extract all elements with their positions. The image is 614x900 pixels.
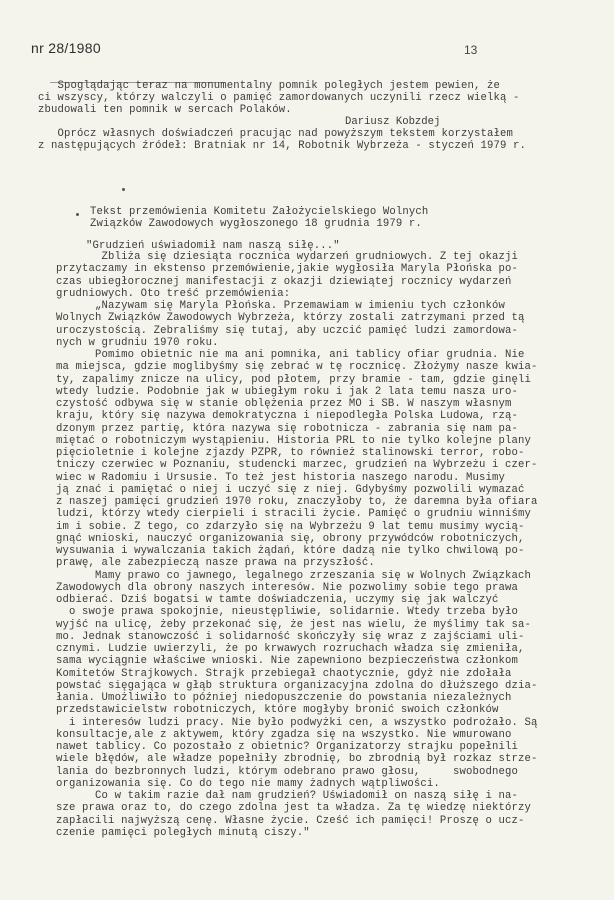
body-line: ją znać i pamiętać o niej i uczyć się z … bbox=[56, 484, 525, 496]
body-line: Pomimo obietnic nie ma ani pomnika, ani … bbox=[56, 349, 525, 361]
body-line: kraju, który się nazywa demokratyczna i … bbox=[56, 410, 518, 422]
body-line: Komitetów Strajkowych. Strajk przebiegał… bbox=[56, 668, 512, 680]
body-line: i interesów ludzi pracy. Nie było podwyż… bbox=[56, 717, 538, 729]
body-line: przytaczamy in ekstenso przemówienie,jak… bbox=[56, 263, 518, 275]
body-line: przedstawicielstw robotniczych, które mo… bbox=[56, 704, 499, 716]
body-line: miętać o robotniczym wystąpieniu. Histor… bbox=[56, 435, 531, 447]
body-line: wysuwania i wywalczania takich żądań, kt… bbox=[56, 545, 525, 557]
body-line: prawę, ale zabezpieczą nasze prawa na pr… bbox=[56, 557, 375, 569]
body-line: nawet tablicy. Co pozostało z obietnic? … bbox=[56, 741, 518, 753]
body-line: nych w grudniu 1970 roku. bbox=[56, 337, 219, 349]
body-line: Zawodowych dla obrony naszych interesów.… bbox=[56, 582, 518, 594]
body-line: gnąć wnioski, nauczyć organizowania się,… bbox=[56, 533, 525, 545]
article-title-line: Związków Zawodowych wygłoszonego 18 grud… bbox=[90, 218, 422, 230]
body-line: Mamy prawo co jawnego, legalnego zrzesza… bbox=[56, 570, 531, 582]
body-line: konsultacje,ale z aktywem, który zgadza … bbox=[56, 729, 512, 741]
body-line: odbierać. Dziś bogatsi w tamte doświadcz… bbox=[56, 594, 499, 606]
body-line: „Nazywam się Maryla Płońska. Przemawiam … bbox=[56, 300, 505, 312]
intro-line: Spoglądając teraz na monumentalny pomnik… bbox=[38, 80, 500, 92]
page-number: 13 bbox=[464, 43, 477, 57]
issue-number: nr 28/1980 bbox=[31, 40, 101, 56]
body-line: im i sobie. Z tego, co zdarzyło się na W… bbox=[56, 521, 525, 533]
body-line: z naszej pamięci grudzień 1970 roku, zna… bbox=[56, 496, 538, 508]
body-line: czystość odbywa się w stanie oblężenia p… bbox=[56, 398, 512, 410]
body-line: Co w takim razie dał nam grudzień? Uświa… bbox=[56, 790, 518, 802]
body-line: łania. Umożliwiło to później niedopuszcz… bbox=[56, 692, 512, 704]
body-line: powstać sięgająca w głąb struktura organ… bbox=[56, 680, 538, 692]
sources-line: z następujących źródeł: Bratniak nr 14, … bbox=[38, 140, 526, 152]
body-line: grudniowych. Oto treść przemówienia: bbox=[56, 288, 290, 300]
body-line: czenie pamięci poległych minutą ciszy." bbox=[56, 827, 310, 839]
body-line: ma miejsca, gdzie moglibyśmy się zebrać … bbox=[56, 361, 538, 373]
body-line: uroczystością. Zebraliśmy się tutaj, aby… bbox=[56, 325, 518, 337]
paper-speck bbox=[122, 188, 125, 191]
sources-line: Oprócz własnych doświadczeń pracując nad… bbox=[38, 128, 513, 140]
document-page: nr 28/1980 13 Spoglądając teraz na monum… bbox=[0, 0, 614, 900]
body-line: sze prawa oraz to, do czego zdolna jest … bbox=[56, 802, 531, 814]
bullet-mark bbox=[76, 213, 79, 216]
body-line: zapłacili najwyższą cenę. Własne życie. … bbox=[56, 815, 525, 827]
article-title-line: Tekst przemówienia Komitetu Założycielsk… bbox=[90, 206, 428, 218]
body-line: organizowania się. Co do tego nie mamy ż… bbox=[56, 778, 440, 790]
body-line: wiec w Radomiu i Ursusie. To też jest hi… bbox=[56, 472, 505, 484]
body-line: wtedy ludzie. Podobnie jak w ubiegłym ro… bbox=[56, 386, 518, 398]
body-line: ludzi, którzy wtedy cierpieli i stracili… bbox=[56, 508, 531, 520]
body-line: wyjść na ulicę, żeby przekonać się, że j… bbox=[56, 619, 531, 631]
body-line: lania do bezbronnych ludzi, którym odebr… bbox=[56, 766, 518, 778]
intro-line: zbudowali ten pomnik w sercach Polaków. bbox=[38, 104, 292, 116]
body-line: pięcioletnie i kolejne zjazdy PZPR, to r… bbox=[56, 447, 525, 459]
body-line: Zbliża się dziesiąta rocznica wydarzeń g… bbox=[56, 251, 518, 263]
body-line: o swoje prawa spokojnie, nieustępliwie, … bbox=[56, 606, 518, 618]
author-signature: Dariusz Kobzdej bbox=[345, 116, 440, 128]
body-line: tniczy czerwiec w Poznaniu, studencki ma… bbox=[56, 459, 538, 471]
body-line: cznymi. Ludzie uwierzyli, że po krwawych… bbox=[56, 643, 525, 655]
body-line: czas ubiegłorocznej manifestacji z okazj… bbox=[56, 276, 512, 288]
intro-line: ci wszyscy, którzy walczyli o pamięć zam… bbox=[38, 92, 520, 104]
body-line: dzonym przez partię, która nazywa się ro… bbox=[56, 423, 518, 435]
body-line: wiele błędów, ale władze popełniły zbrod… bbox=[56, 753, 538, 765]
body-line: Wolnych Związków Zawodowych Wybrzeża, kt… bbox=[56, 312, 525, 324]
body-line: mo. Jednak stanowczość i solidarność sko… bbox=[56, 631, 525, 643]
body-line: sama wyciągnie właściwe wnioski. Nie zap… bbox=[56, 655, 518, 667]
body-line: ty, zapalimy znicze na ulicy, pod płotem… bbox=[56, 374, 531, 386]
